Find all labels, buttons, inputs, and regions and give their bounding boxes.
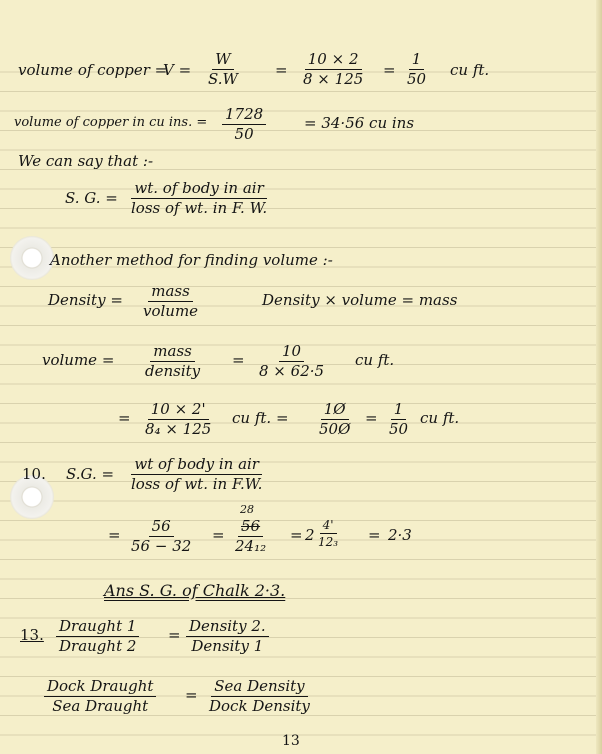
mixed-fraction: 4' 12₃ xyxy=(315,518,341,549)
v-equals: V = xyxy=(163,62,191,78)
denominator: Dock Density xyxy=(206,697,313,715)
denominator: volume xyxy=(140,302,201,320)
numerator: W xyxy=(212,51,233,70)
unit-label: cu ft. xyxy=(420,410,459,426)
notebook-page: volume of copper = V = W S.W = 10 × 2 8 … xyxy=(0,0,602,754)
volume-label: volume = xyxy=(42,352,114,368)
denominator: 8 × 125 xyxy=(300,70,366,88)
denominator: loss of wt. in F.W. xyxy=(128,475,265,493)
unit-label: cu ft. = xyxy=(232,410,289,426)
statement-text: We can say that :- xyxy=(18,153,153,169)
equals-sign: = xyxy=(275,62,288,78)
numerator: 1728 xyxy=(222,106,266,125)
fraction-56-over-24: 56 24₁₂ xyxy=(232,518,269,555)
fraction-1-over-50: 1 50 xyxy=(404,51,429,88)
unit-label: cu ft. xyxy=(355,352,394,368)
denominator: 12₃ xyxy=(315,534,341,549)
problem-number: 13. xyxy=(20,627,44,643)
volume-cu-ins-label: volume of copper in cu ins. = xyxy=(14,115,207,131)
denominator: S.W xyxy=(205,70,241,88)
numerator: mass xyxy=(148,283,193,302)
numerator: 4' xyxy=(320,518,337,534)
fraction-56-over-56-32: 56 56 − 32 xyxy=(128,518,194,555)
equals-sign: = xyxy=(108,527,121,543)
cancel-superscript: 28 xyxy=(240,502,254,518)
sg-formula-fraction: wt. of body in air loss of wt. in F. W. xyxy=(128,180,270,217)
denominator: loss of wt. in F. W. xyxy=(128,199,270,217)
denominator: 50 xyxy=(232,125,257,143)
sg-result: 2·3 xyxy=(388,527,412,543)
fraction-dock-over-sea-draught: Dock Draught Sea Draught xyxy=(44,678,156,715)
sg-label: S. G. = xyxy=(65,190,118,206)
punch-hole-icon xyxy=(10,236,54,280)
numerator: 1 xyxy=(409,51,425,70)
numerator: 1 xyxy=(391,401,407,420)
denominator: 50Ø xyxy=(316,420,353,438)
heading-another-method: Another method for finding volume :- xyxy=(50,252,333,268)
equals-sign: = xyxy=(185,687,198,703)
fraction-1-over-50: 1 50 xyxy=(386,401,411,438)
fraction-mass-over-volume: mass volume xyxy=(140,283,201,320)
denominator: Density 1 xyxy=(188,637,266,655)
result-cu-ins: = 34·56 cu ins xyxy=(304,115,414,131)
answer-chalk-sg: Ans S. G. of Chalk 2·3. xyxy=(104,583,285,599)
page-edge xyxy=(596,0,602,754)
denominator: density xyxy=(142,362,203,380)
unit-label: cu ft. xyxy=(450,62,489,78)
numerator: 10 × 2 xyxy=(305,51,362,70)
equals-sign: = xyxy=(168,627,181,643)
equals-sign: = xyxy=(232,352,245,368)
mixed-whole: 2 xyxy=(305,527,315,543)
fraction-w-over-sw: W S.W xyxy=(205,51,241,88)
numerator: Draught 1 xyxy=(56,618,139,637)
volume-copper-label: volume of copper = xyxy=(18,62,167,78)
numerator: 10 xyxy=(279,343,304,362)
fraction-draught1-over-draught2: Draught 1 Draught 2 xyxy=(56,618,139,655)
page-number: 13 xyxy=(282,733,300,749)
numerator: mass xyxy=(150,343,195,362)
equals-sign: = xyxy=(383,62,396,78)
equals-sign: = xyxy=(118,410,131,426)
numerator: 1Ø xyxy=(321,401,349,420)
page-top-margin xyxy=(0,0,602,52)
equals-sign: = xyxy=(212,527,225,543)
fraction-10-over-500: 1Ø 50Ø xyxy=(316,401,353,438)
numerator: 56 xyxy=(149,518,174,537)
equals-sign: = xyxy=(290,527,303,543)
equals-sign: = xyxy=(368,527,381,543)
numerator: 10 × 2' xyxy=(148,401,209,420)
denominator: 50 xyxy=(404,70,429,88)
denominator: 24₁₂ xyxy=(232,537,269,555)
numerator: Sea Density xyxy=(211,678,307,697)
numerator: Dock Draught xyxy=(44,678,156,697)
denominator: Sea Draught xyxy=(49,697,151,715)
denominator: 50 xyxy=(386,420,411,438)
sg-label: S.G. = xyxy=(66,466,114,482)
fraction-density2-over-density1: Density 2. Density 1 xyxy=(186,618,269,655)
fraction-10x2-over-8x125: 10 × 2' 8₄ × 125 xyxy=(142,401,214,438)
numerator: wt. of body in air xyxy=(131,180,266,199)
numerator: wt of body in air xyxy=(131,456,262,475)
denominator: 56 − 32 xyxy=(128,537,194,555)
fraction-10x2-over-8x125: 10 × 2 8 × 125 xyxy=(300,51,366,88)
denominator: Draught 2 xyxy=(56,637,139,655)
problem-number: 10. xyxy=(22,466,46,482)
fraction-1728-over-50: 1728 50 xyxy=(222,106,266,143)
denominator: 8 × 62·5 xyxy=(256,362,327,380)
fraction-mass-over-density: mass density xyxy=(142,343,203,380)
numerator: Density 2. xyxy=(186,618,269,637)
fraction-10-over-8x62-5: 10 8 × 62·5 xyxy=(256,343,327,380)
density-label: Density = xyxy=(48,292,123,308)
numerator: 56 xyxy=(238,518,263,537)
sg-formula-fraction: wt of body in air loss of wt. in F.W. xyxy=(128,456,265,493)
equals-sign: = xyxy=(365,410,378,426)
fraction-sea-over-dock-density: Sea Density Dock Density xyxy=(206,678,313,715)
density-relation: Density × volume = mass xyxy=(262,292,457,308)
denominator: 8₄ × 125 xyxy=(142,420,214,438)
